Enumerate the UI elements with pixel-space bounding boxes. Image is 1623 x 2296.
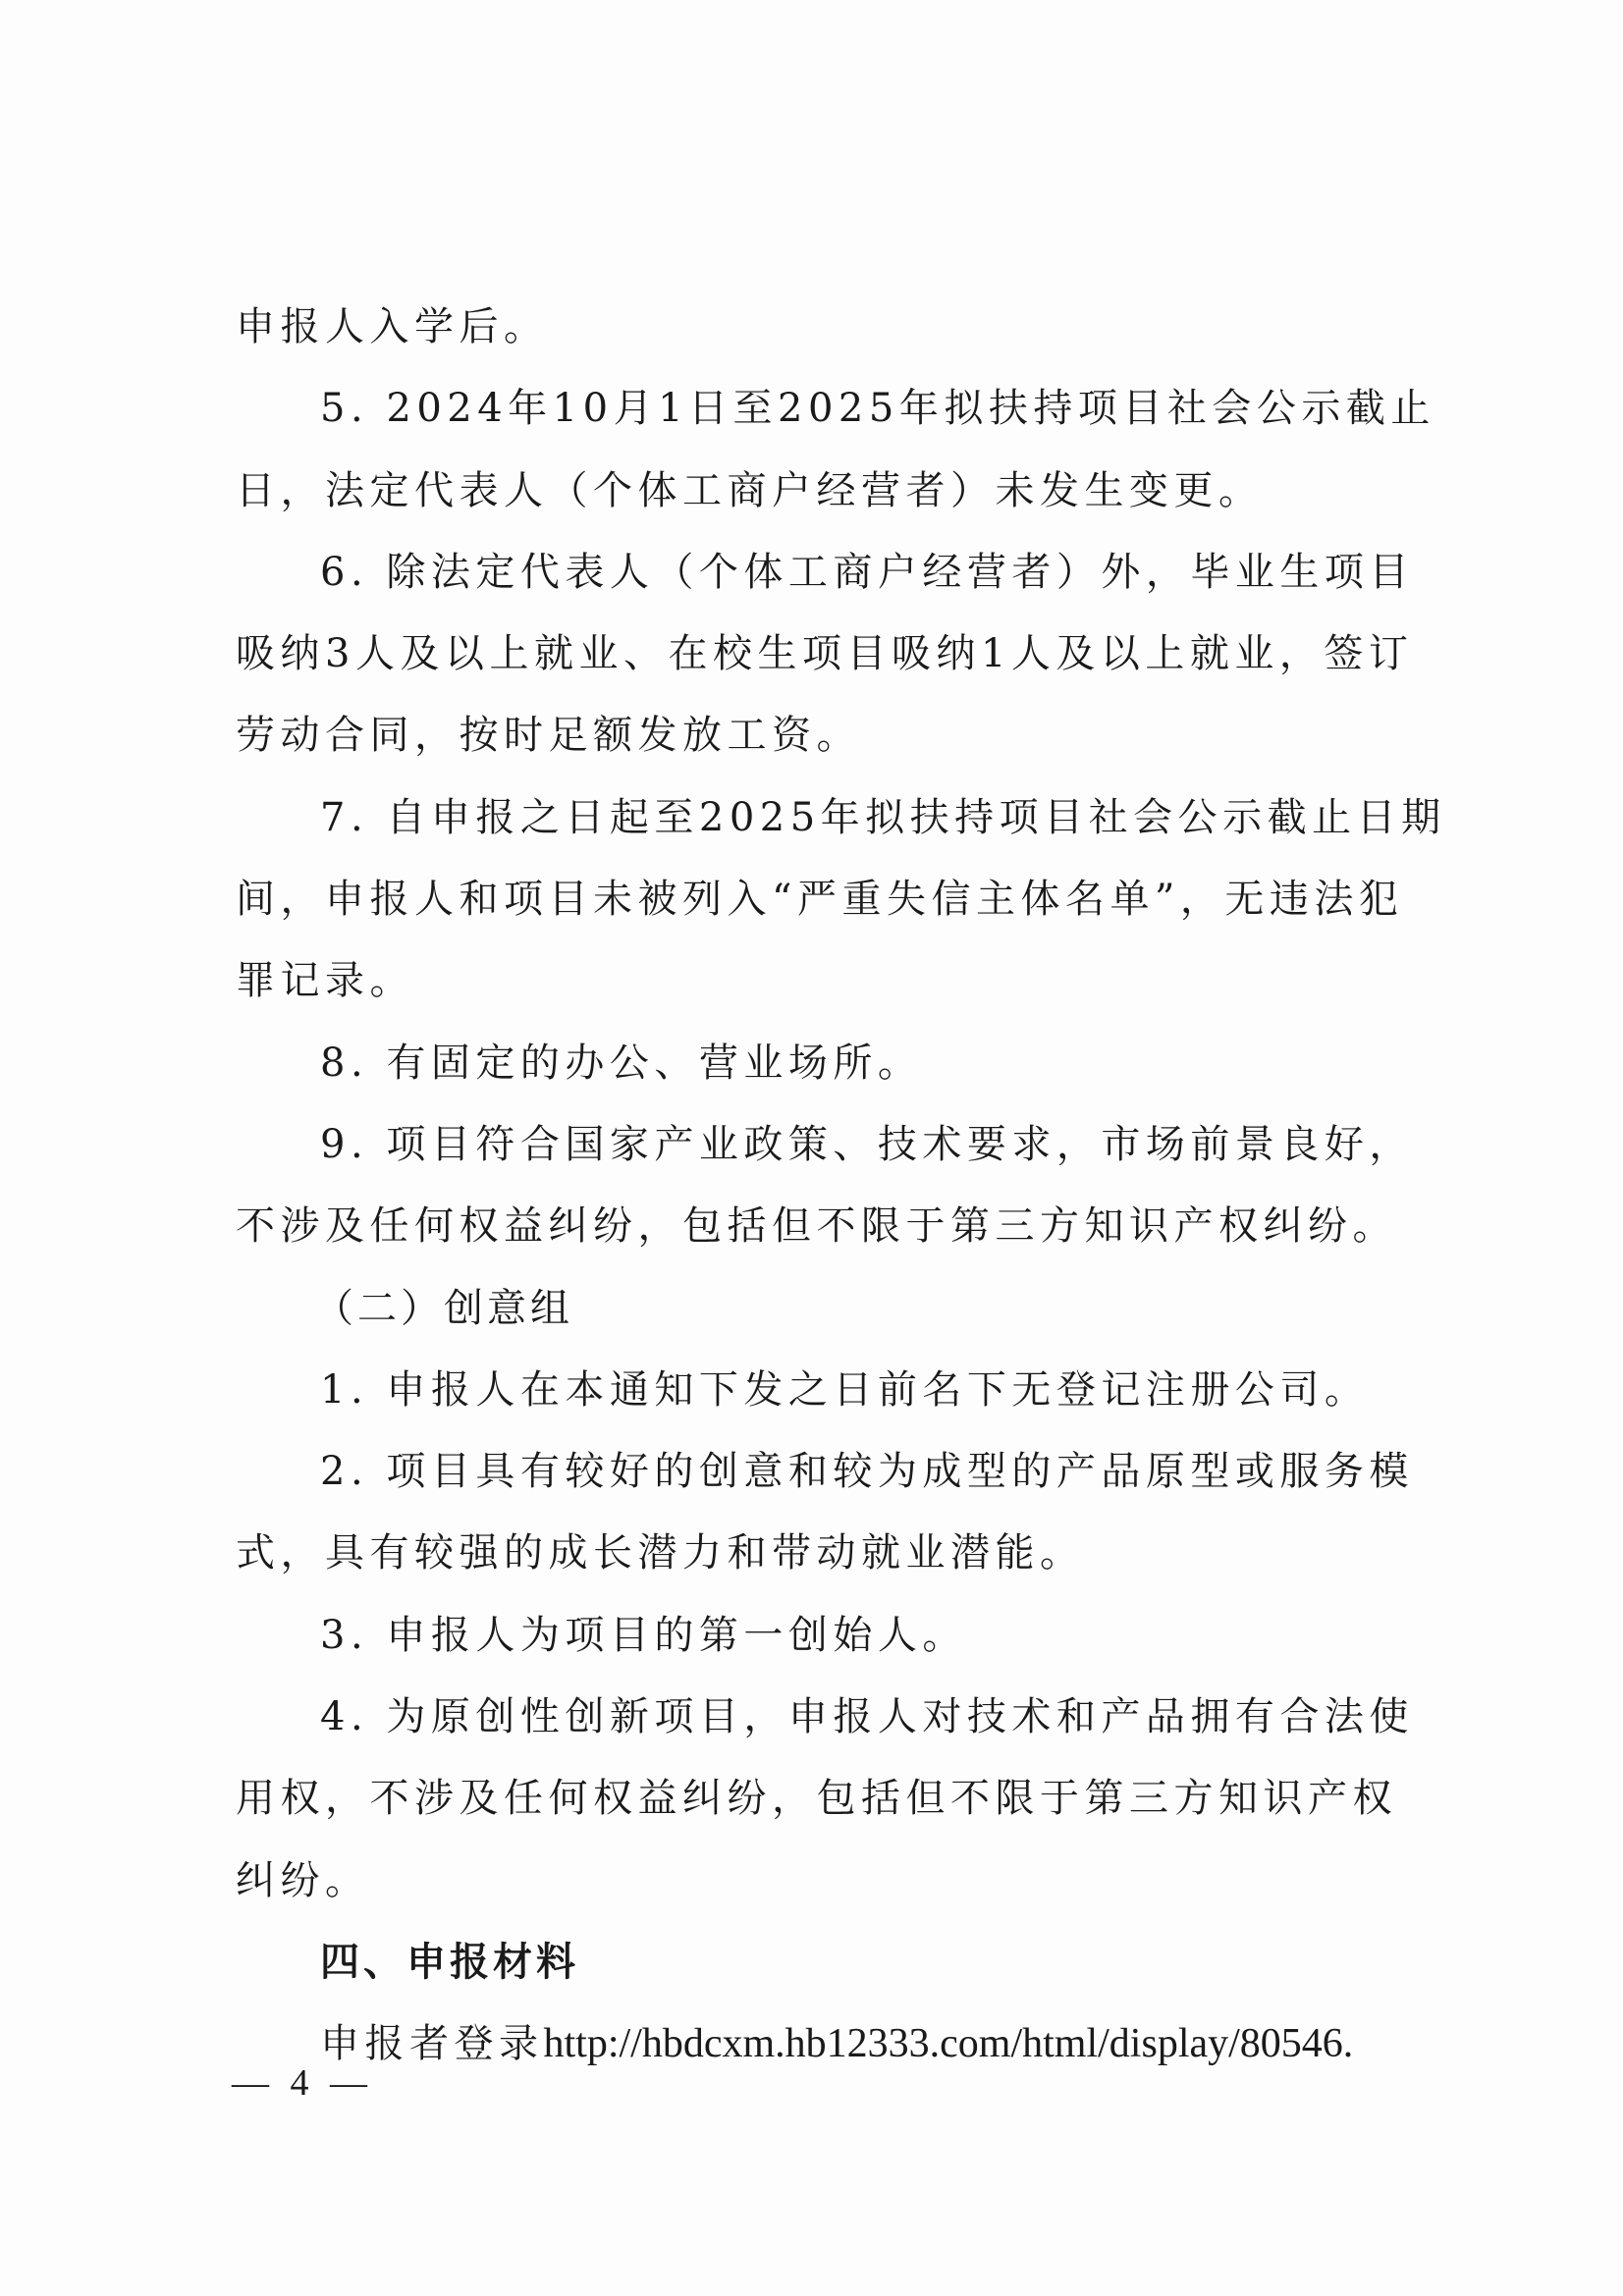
creative-item-3-line: 3. 申报人为项目的第一创始人。 <box>236 1595 1386 1677</box>
document-page: 申报人入学后。 5. 2024年10月1日至2025年拟扶持项目社会公示截止 日… <box>0 0 1623 2296</box>
paragraph-line: 申报人入学后。 <box>236 287 1386 368</box>
document-body: 申报人入学后。 5. 2024年10月1日至2025年拟扶持项目社会公示截止 日… <box>236 287 1386 2086</box>
creative-item-4-line: 用权，不涉及任何权益纠纷，包括但不限于第三方知识产权 <box>236 1758 1386 1840</box>
sub-heading-creative-group: （二）创意组 <box>236 1268 1386 1350</box>
list-item-6-line: 6. 除法定代表人（个体工商户经营者）外，毕业生项目 <box>236 532 1386 614</box>
url-prefix: 申报者登录 <box>320 2021 544 2066</box>
list-item-5-line: 日，法定代表人（个体工商户经营者）未发生变更。 <box>236 451 1386 532</box>
creative-item-4-line: 4. 为原创性创新项目，申报人对技术和产品拥有合法使 <box>236 1677 1386 1758</box>
list-item-7-line: 间，申报人和项目未被列入“严重失信主体名单”，无违法犯 <box>236 859 1386 940</box>
url-line: 申报者登录http://hbdcxm.hb12333.com/html/disp… <box>236 2003 1386 2085</box>
section-heading-materials: 四、申报材料 <box>236 1922 1386 2003</box>
page-number: — 4 — <box>232 2061 373 2105</box>
creative-item-4-line: 纠纷。 <box>236 1841 1386 1922</box>
list-item-7-line: 7. 自申报之日起至2025年拟扶持项目社会公示截止日期 <box>236 777 1386 859</box>
application-url-link[interactable]: http://hbdcxm.hb12333.com/html/display/8… <box>544 2021 1354 2066</box>
list-item-6-line: 吸纳3人及以上就业、在校生项目吸纳1人及以上就业，签订 <box>236 614 1386 695</box>
list-item-9-line: 9. 项目符合国家产业政策、技术要求，市场前景良好， <box>236 1104 1386 1186</box>
list-item-6-line: 劳动合同，按时足额发放工资。 <box>236 695 1386 776</box>
creative-item-2-line: 2. 项目具有较好的创意和较为成型的产品原型或服务模 <box>236 1431 1386 1513</box>
creative-item-1-line: 1. 申报人在本通知下发之日前名下无登记注册公司。 <box>236 1350 1386 1431</box>
list-item-9-line: 不涉及任何权益纠纷，包括但不限于第三方知识产权纠纷。 <box>236 1186 1386 1267</box>
creative-item-2-line: 式，具有较强的成长潜力和带动就业潜能。 <box>236 1513 1386 1594</box>
list-item-7-line: 罪记录。 <box>236 940 1386 1022</box>
list-item-8-line: 8. 有固定的办公、营业场所。 <box>236 1023 1386 1104</box>
list-item-5-line: 5. 2024年10月1日至2025年拟扶持项目社会公示截止 <box>236 368 1386 450</box>
